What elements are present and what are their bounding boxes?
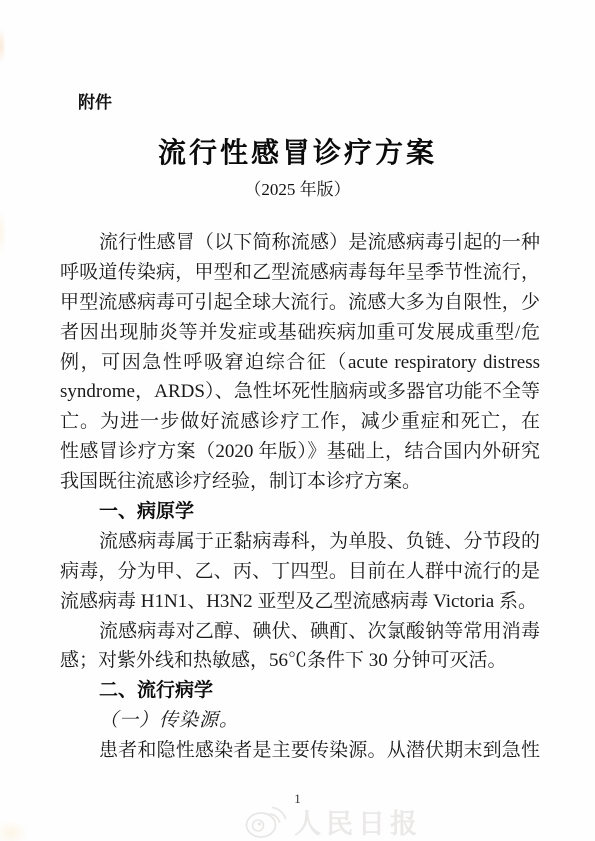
document-subtitle: （2025 年版） [0,175,595,200]
body-line: 亡。为进一步做好流感诊疗工作，减少重症和死亡，在《流行 [60,407,540,437]
body-line: 例，可因急性呼吸窘迫综合征（acute respiratory distress [60,348,540,378]
document-title: 流行性感冒诊疗方案 [0,131,595,171]
attachment-label: 附件 [78,88,112,113]
body-line: 者因出现肺炎等并发症或基础疾病加重可发展成重型/危重型病 [60,318,540,348]
body-line: 性感冒诊疗方案（2020 年版）》基础上，结合国内外研究成果及 [60,437,540,467]
scan-edge-artifact [0,28,6,64]
subsection-heading-infection-source: （一）传染源。 [60,706,540,736]
body-line: 流感病毒属于正黏病毒科，为单股、负链、分节段的 RNA [60,527,540,557]
body-line: 流感病毒 H1N1、H3N2 亚型及乙型流感病毒 Victoria 系。 [60,587,540,617]
page-number: 1 [0,791,595,807]
document-page: 附件 流行性感冒诊疗方案 （2025 年版） 流行性感冒（以下简称流感）是流感病… [0,0,595,841]
scan-edge-artifact [0,820,28,841]
body-line: 感；对紫外线和热敏感，56℃条件下 30 分钟可灭活。 [60,646,540,676]
section-heading-etiology: 一、病原学 [60,497,540,527]
document-body: 流行性感冒（以下简称流感）是流感病毒引起的一种急性 呼吸道传染病，甲型和乙型流感… [60,228,540,766]
body-line: 流行性感冒（以下简称流感）是流感病毒引起的一种急性 [60,228,540,258]
body-line: 甲型流感病毒可引起全球大流行。流感大多为自限性，少数患 [60,288,540,318]
body-line: 呼吸道传染病，甲型和乙型流感病毒每年呈季节性流行，其中 [60,258,540,288]
section-heading-epidemiology: 二、流行病学 [60,676,540,706]
body-line: 病毒，分为甲、乙、丙、丁四型。目前在人群中流行的是甲型 [60,557,540,587]
body-line: syndrome，ARDS）、急性坏死性脑病或多器官功能不全等而死 [60,377,540,407]
body-line: 我国既往流感诊疗经验，制订本诊疗方案。 [60,467,540,497]
body-line: 患者和隐性感染者是主要传染源。从潜伏期末到急性期都 [60,736,540,766]
scan-edge-artifact [0,210,6,256]
body-line: 流感病毒对乙醇、碘伏、碘酊、次氯酸钠等常用消毒剂敏 [60,617,540,647]
watermark-text: 人民日报 [294,802,422,841]
